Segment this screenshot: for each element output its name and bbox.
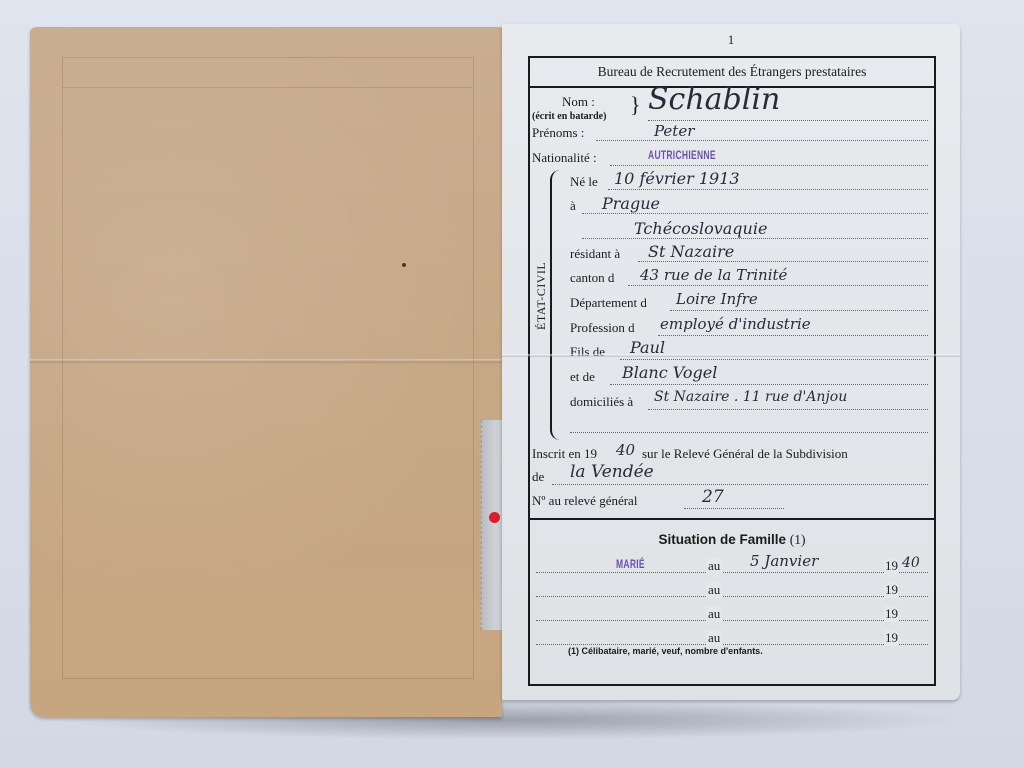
form-frame: Bureau de Recrutement des Étrangers pres… <box>528 56 936 686</box>
famille-year-prefix: 19 <box>884 558 899 574</box>
right-page-form: 1 Bureau de Recrutement des Étrangers pr… <box>502 24 960 700</box>
domicilies-label: domiciliés à <box>570 394 633 410</box>
de-label: de <box>532 469 544 485</box>
famille-year-suffix: 40 <box>902 555 920 571</box>
famille-status-stamp: MARIÉ <box>616 557 645 571</box>
residant-label: résidant à <box>570 246 620 262</box>
subdivision-line <box>552 484 928 485</box>
nom-line <box>648 120 928 121</box>
a-line <box>582 213 928 214</box>
red-dot-marker <box>489 512 500 523</box>
footnote: (1) Célibataire, marié, veuf, nombre d'e… <box>568 646 763 656</box>
famille-au-label: au <box>706 558 722 574</box>
left-page-cover <box>30 27 502 717</box>
famille-au-label: au <box>706 582 722 598</box>
page-number: 1 <box>502 32 960 48</box>
famille-row-line <box>536 572 928 573</box>
prenoms-label: Prénoms : <box>532 125 584 141</box>
ne-le-value: 10 février 1913 <box>614 169 740 188</box>
inscrit-prefix: Inscrit en 19 <box>532 446 597 462</box>
nationalite-label: Nationalité : <box>532 150 597 166</box>
et-de-line <box>610 384 928 385</box>
faint-line-impression <box>62 87 472 88</box>
residant-line <box>638 261 928 262</box>
page-fold <box>30 359 502 363</box>
famille-row-line <box>536 644 928 645</box>
ne-le-line <box>608 189 928 190</box>
nom-label: Nom : <box>562 94 595 110</box>
binding-tape <box>481 420 504 630</box>
etat-civil-label: ÉTAT-CIVIL <box>534 262 549 330</box>
nom-sublabel: (écrit en batarde) <box>532 111 606 122</box>
fils-de-line <box>620 359 928 360</box>
ink-speck <box>402 263 406 267</box>
inscrit-year: 40 <box>616 441 635 459</box>
releve-value: 27 <box>702 487 724 507</box>
famille-year-prefix: 19 <box>884 606 899 622</box>
situation-note-marker: (1) <box>790 532 806 547</box>
famille-row-line <box>536 596 928 597</box>
form-header: Bureau de Recrutement des Étrangers pres… <box>530 64 934 80</box>
profession-label: Profession d <box>570 320 635 336</box>
releve-line <box>684 508 784 509</box>
brace-small: } <box>630 92 641 118</box>
departement-label: Département d <box>570 295 647 311</box>
a-value-line2: Tchécoslovaquie <box>634 219 767 238</box>
ne-le-label: Né le <box>570 174 598 190</box>
departement-value: Loire Infre <box>676 290 758 308</box>
famille-year-prefix: 19 <box>884 582 899 598</box>
a-label: à <box>570 198 576 214</box>
faint-frame-impression <box>62 57 474 679</box>
fils-de-label: Fils de <box>570 344 605 360</box>
famille-au-label: au <box>706 606 722 622</box>
subdivision-value: la Vendée <box>570 462 654 482</box>
section-divider <box>530 518 934 520</box>
profession-line <box>658 335 928 336</box>
nationalite-line <box>610 165 928 166</box>
canton-label: canton d <box>570 270 614 286</box>
prenoms-line <box>596 140 928 141</box>
a-value: Prague <box>602 194 660 213</box>
etat-civil-brace <box>550 170 562 440</box>
inscrit-suffix: sur le Relevé Général de la Subdivision <box>642 446 848 462</box>
departement-line <box>670 310 928 311</box>
situation-famille-title: Situation de Famille (1) <box>530 532 934 548</box>
a-line-2 <box>582 238 928 239</box>
nationalite-stamp: AUTRICHIENNE <box>648 148 716 162</box>
domicilies-line <box>648 409 928 410</box>
famille-row-line <box>536 620 928 621</box>
domicilies-line-2 <box>570 432 928 433</box>
famille-au-label: au <box>706 630 722 646</box>
famille-year-prefix: 19 <box>884 630 899 646</box>
famille-date-value: 5 Janvier <box>750 552 818 570</box>
et-de-label: et de <box>570 369 595 385</box>
canton-line <box>628 285 928 286</box>
residant-value: St Nazaire <box>648 242 734 261</box>
profession-value: employé d'industrie <box>660 315 811 333</box>
domicilies-value: St Nazaire . 11 rue d'Anjou <box>654 389 847 405</box>
prenoms-value: Peter <box>654 122 694 140</box>
situation-title-text: Situation de Famille <box>658 532 786 547</box>
page-fold <box>502 354 960 357</box>
et-de-value: Blanc Vogel <box>622 363 717 382</box>
canton-value: 43 rue de la Trinité <box>640 266 787 284</box>
nom-value: Schablin <box>648 82 780 117</box>
releve-label: Nº au relevé général <box>532 493 637 509</box>
